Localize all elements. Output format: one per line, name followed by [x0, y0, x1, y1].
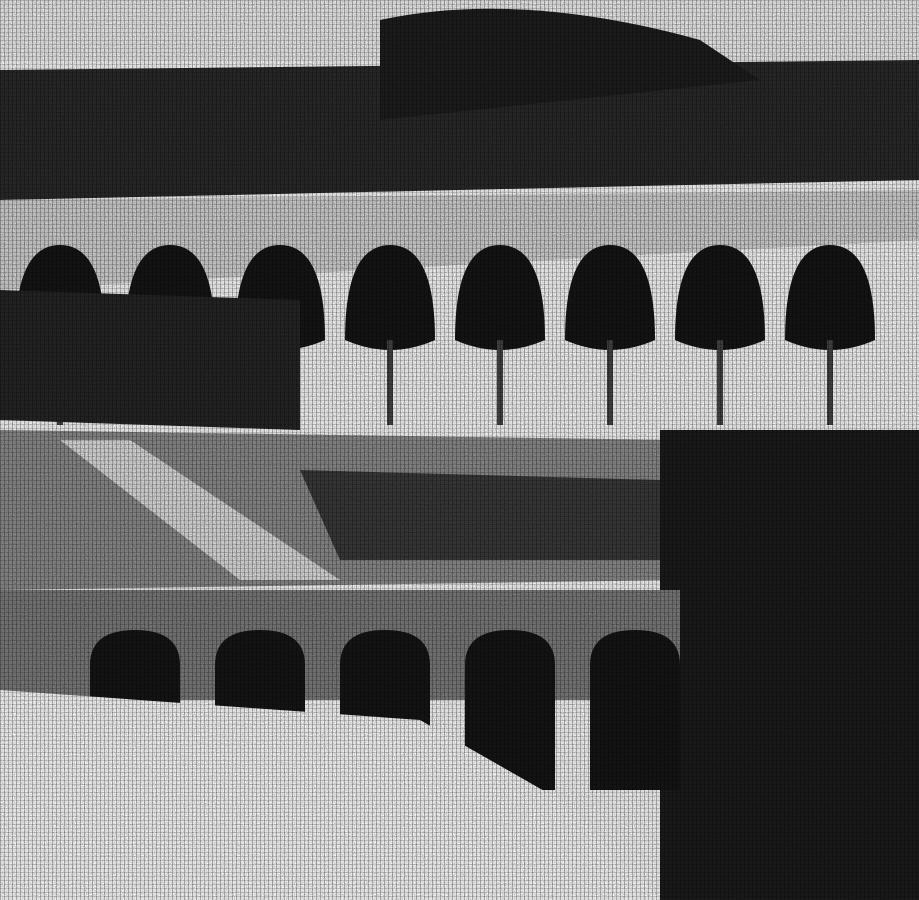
landscape-print: [0, 0, 919, 900]
monoprint-artwork: [0, 0, 919, 900]
